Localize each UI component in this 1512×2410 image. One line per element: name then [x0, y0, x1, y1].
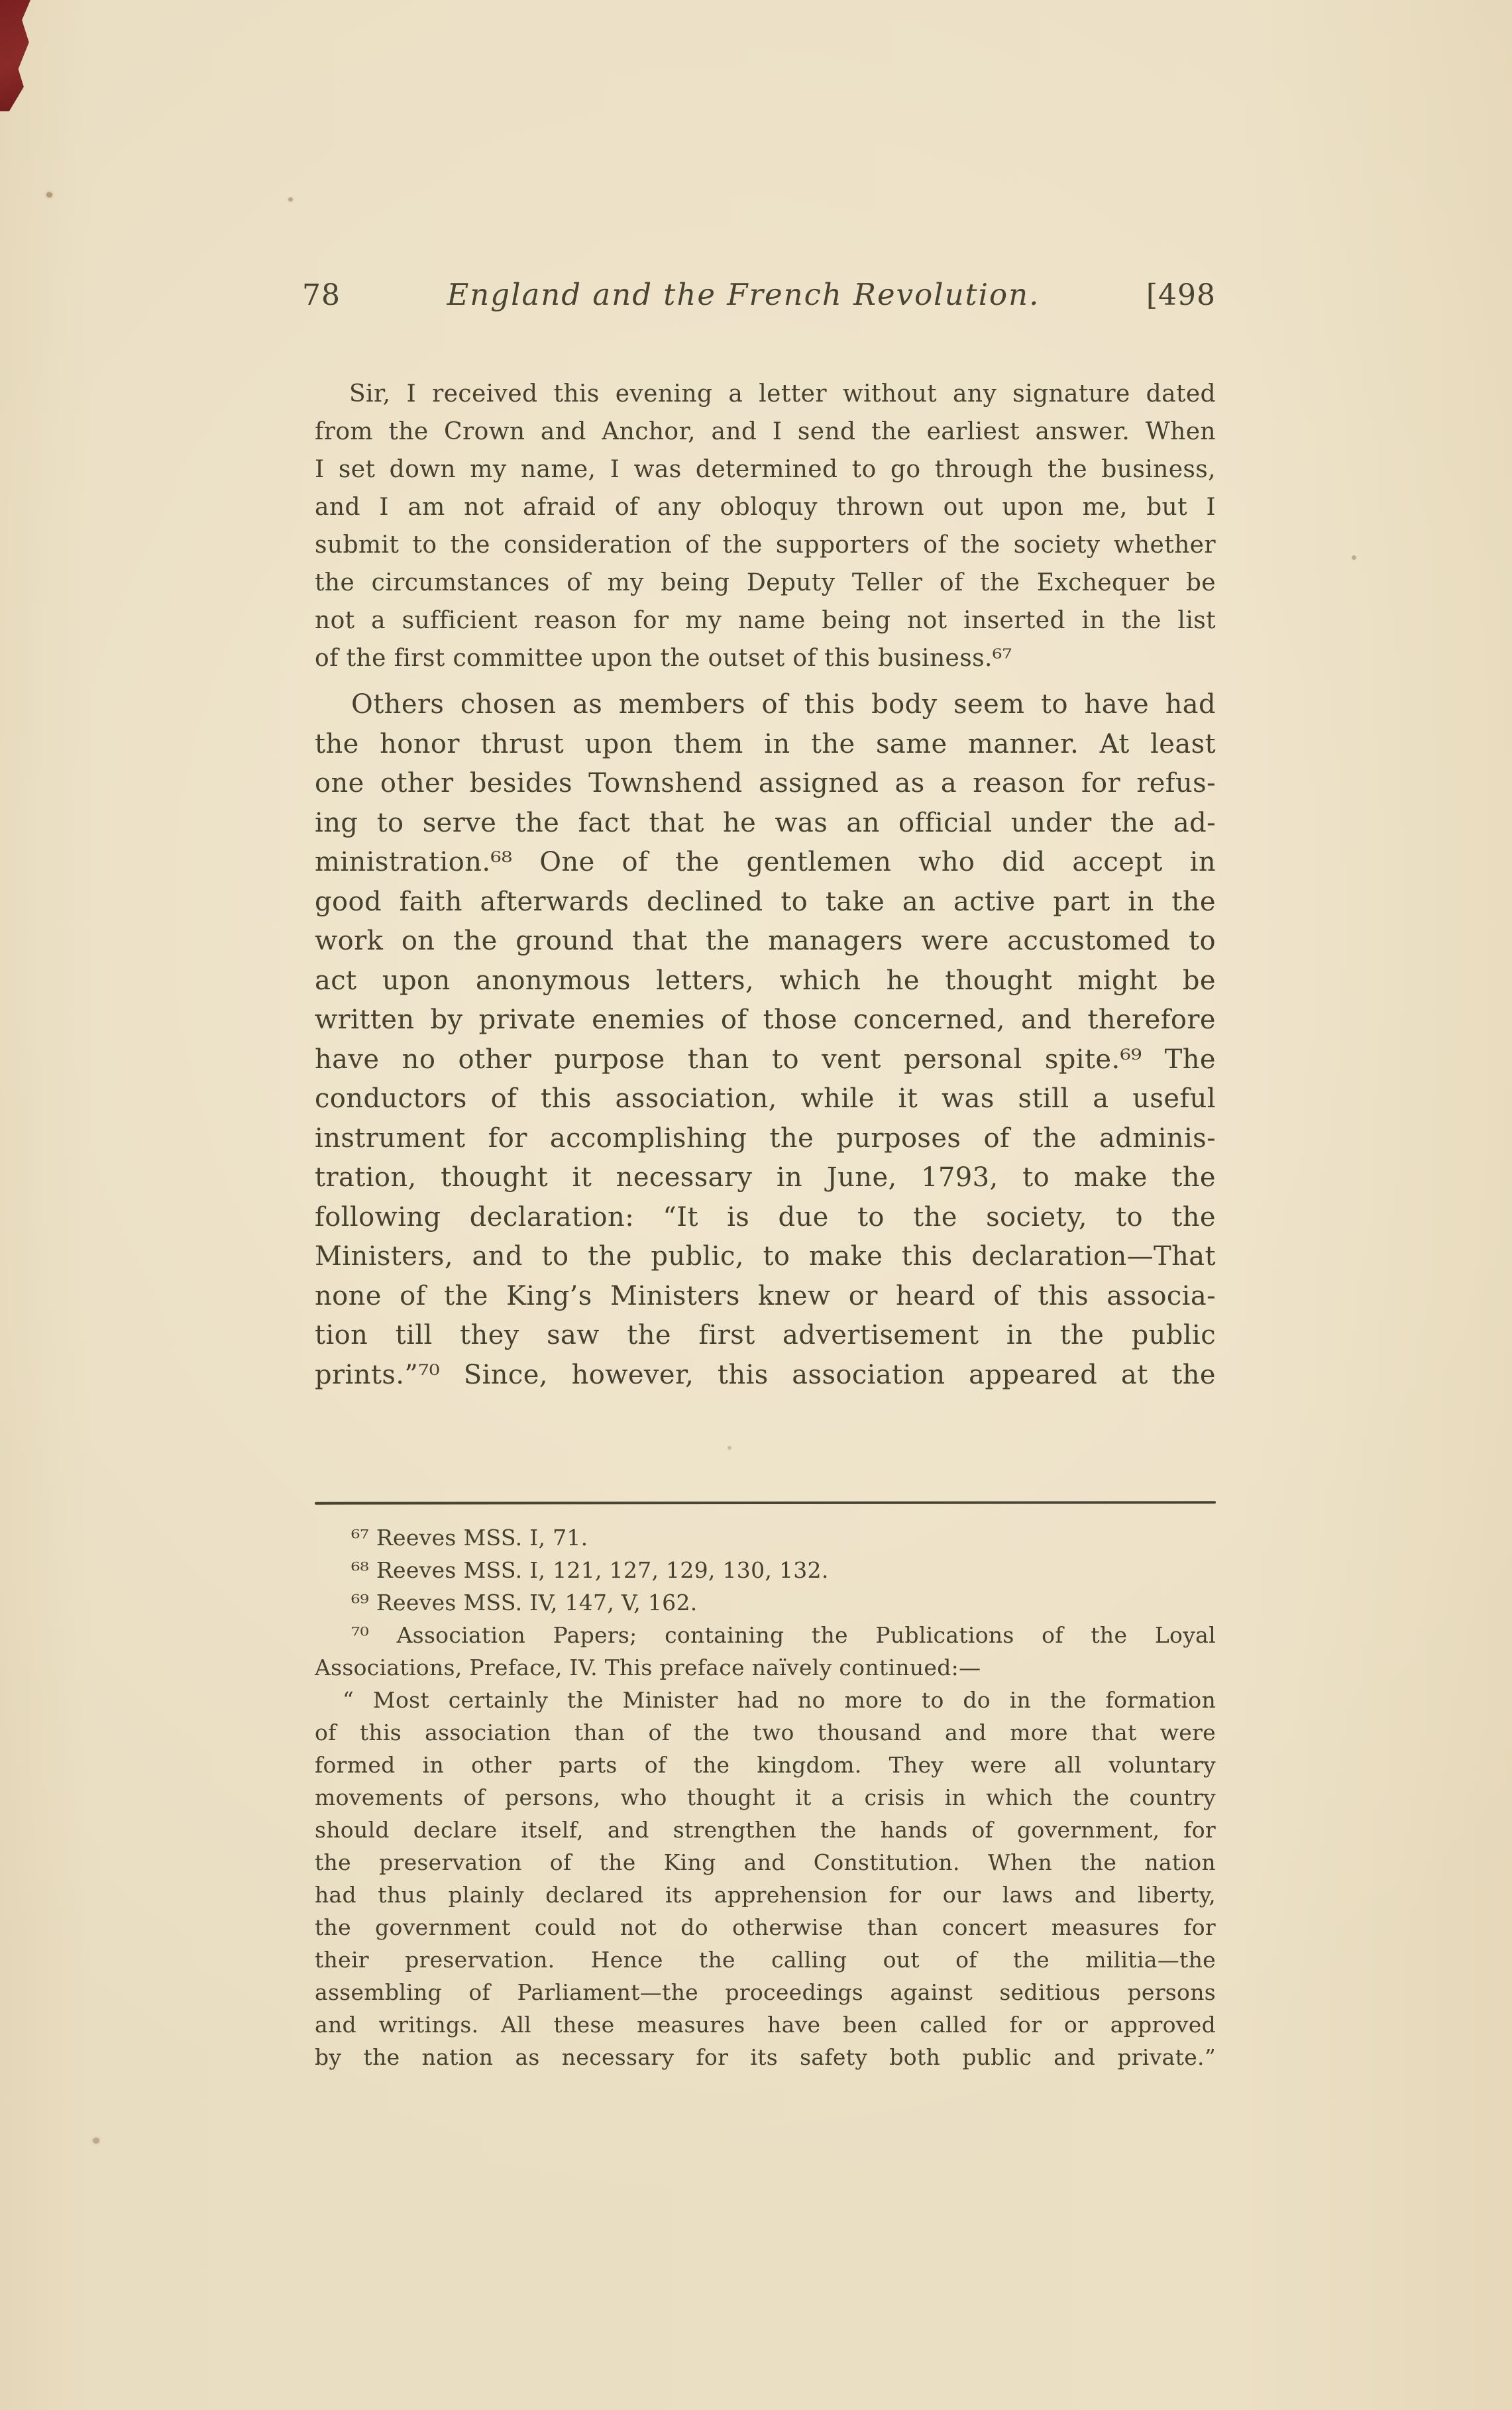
paper-speck: [1352, 555, 1356, 560]
book-page: 78 England and the French Revolution. [4…: [0, 0, 1512, 2410]
text-line: ministration.⁶⁸ One of the gentlemen who…: [315, 843, 1216, 883]
text-line: ⁶⁷ Reeves MSS. I, 71.: [315, 1521, 1216, 1554]
text-line: act upon anonymous letters, which he tho…: [315, 961, 1216, 1001]
paper-speck: [728, 1446, 731, 1450]
footnote-rule: [315, 1501, 1216, 1504]
text-line: following declaration: “It is due to the…: [315, 1198, 1216, 1238]
text-line: Others chosen as members of this body se…: [315, 685, 1216, 725]
text-line: formed in other parts of the kingdom. Th…: [315, 1749, 1216, 1781]
footnote-70-quote: “ Most certainly the Minister had no mor…: [315, 1684, 1216, 2073]
text-line: the honor thrust upon them in the same m…: [315, 725, 1216, 765]
text-line: conductors of this association, while it…: [315, 1079, 1216, 1119]
page-number: 78: [302, 278, 341, 312]
text-line: should declare itself, and strengthen th…: [315, 1814, 1216, 1846]
body-text: Sir, I received this evening a letter wi…: [315, 375, 1216, 1395]
text-line: their preservation. Hence the calling ou…: [315, 1944, 1216, 1976]
text-line: and writings. All these measures have be…: [315, 2008, 1216, 2041]
text-line: Associations, Preface, IV. This preface …: [315, 1651, 1216, 1684]
text-line: had thus plainly declared its apprehensi…: [315, 1879, 1216, 1911]
text-line: the government could not do otherwise th…: [315, 1911, 1216, 1944]
text-line: instrument for accomplishing the purpose…: [315, 1119, 1216, 1159]
text-line: ⁶⁸ Reeves MSS. I, 121, 127, 129, 130, 13…: [315, 1554, 1216, 1586]
text-line: submit to the consideration of the suppo…: [315, 526, 1216, 564]
text-line: prints.”⁷⁰ Since, however, this associat…: [315, 1356, 1216, 1396]
text-line: I set down my name, I was determined to …: [315, 451, 1216, 488]
text-line: “ Most certainly the Minister had no mor…: [315, 1684, 1216, 1716]
text-line: good faith afterwards declined to take a…: [315, 883, 1216, 922]
text-line: one other besides Townshend assigned as …: [315, 764, 1216, 804]
paper-speck: [93, 2138, 99, 2144]
paper-speck: [46, 192, 52, 197]
footnote-69: ⁶⁹ Reeves MSS. IV, 147, V, 162.: [315, 1586, 1216, 1619]
text-line: tration, thought it necessary in June, 1…: [315, 1158, 1216, 1198]
text-line: and I am not afraid of any obloquy throw…: [315, 488, 1216, 526]
section-number: [498: [1146, 278, 1216, 312]
text-line: assembling of Parliament—the proceedings…: [315, 1976, 1216, 2008]
text-line: work on the ground that the managers wer…: [315, 922, 1216, 961]
text-line: not a sufficient reason for my name bein…: [315, 602, 1216, 639]
main-paragraph: Others chosen as members of this body se…: [315, 685, 1216, 1395]
text-line: ing to serve the fact that he was an off…: [315, 804, 1216, 844]
text-line: Sir, I received this evening a letter wi…: [315, 375, 1216, 413]
page-header: 78 England and the French Revolution. [4…: [315, 277, 1216, 312]
text-line: ⁷⁰ Association Papers; containing the Pu…: [315, 1619, 1216, 1651]
text-line: written by private enemies of those conc…: [315, 1001, 1216, 1040]
text-line: none of the King’s Ministers knew or hea…: [315, 1277, 1216, 1317]
text-line: by the nation as necessary for its safet…: [315, 2041, 1216, 2073]
paper-speck: [288, 197, 293, 201]
text-line: movements of persons, who thought it a c…: [315, 1781, 1216, 1814]
text-line: the preservation of the King and Constit…: [315, 1846, 1216, 1879]
footnote-68: ⁶⁸ Reeves MSS. I, 121, 127, 129, 130, 13…: [315, 1554, 1216, 1586]
text-line: Ministers, and to the public, to make th…: [315, 1237, 1216, 1277]
text-line: the circumstances of my being Deputy Tel…: [315, 564, 1216, 602]
footnote-67: ⁶⁷ Reeves MSS. I, 71.: [315, 1521, 1216, 1554]
footnote-70: ⁷⁰ Association Papers; containing the Pu…: [315, 1619, 1216, 1684]
text-line: from the Crown and Anchor, and I send th…: [315, 413, 1216, 451]
letter-paragraph: Sir, I received this evening a letter wi…: [315, 375, 1216, 677]
text-line: of this association than of the two thou…: [315, 1716, 1216, 1749]
running-title: England and the French Revolution.: [447, 277, 1040, 312]
footnotes: ⁶⁷ Reeves MSS. I, 71. ⁶⁸ Reeves MSS. I, …: [315, 1521, 1216, 2073]
scan-corner-artifact: [0, 0, 30, 111]
text-line: have no other purpose than to vent perso…: [315, 1040, 1216, 1080]
text-line: of the first committee upon the outset o…: [315, 639, 1216, 677]
text-line: tion till they saw the first advertiseme…: [315, 1316, 1216, 1356]
text-line: ⁶⁹ Reeves MSS. IV, 147, V, 162.: [315, 1586, 1216, 1619]
